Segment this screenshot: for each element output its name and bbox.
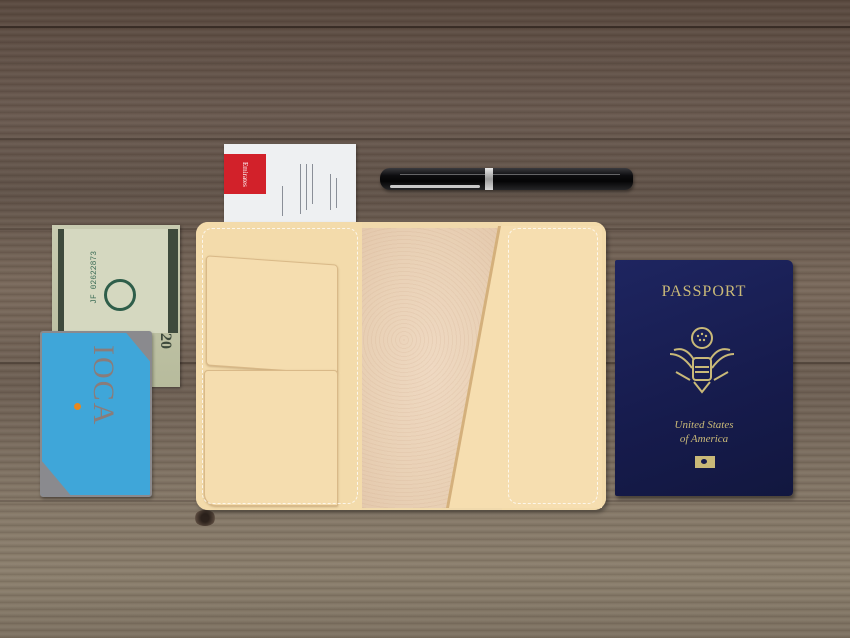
eagle-seal-icon [664,324,740,400]
wood-knot [194,510,216,526]
keycard-logo-text: IOCA [86,345,120,426]
card-pocket-bottom [204,370,338,506]
card-stripe [40,453,87,497]
bill-denomination: 20 [156,333,174,349]
pen-band [485,168,493,190]
bill-serial: JF 02622873 [90,251,99,304]
bill-face: JF 02622873 [58,229,178,333]
airline-logo-icon: Emirates [224,154,266,194]
hotel-key-card: IOCA [40,331,152,497]
pen-clip [390,185,480,188]
ticket-text-lines [280,164,350,222]
biometric-chip-icon [695,456,715,468]
plank-seam [0,26,850,28]
plank-seam [0,138,850,140]
country-line-1: United States [615,418,793,432]
country-line-2: of America [615,432,793,446]
leather-passport-wallet [196,222,606,510]
dot-icon [74,403,81,410]
us-passport: PASSPORT United States of America [615,260,793,496]
pen-highlight [400,174,620,175]
fountain-pen [380,168,633,190]
wood-table-background: Emirates JF 02622873 20 IOCA [0,0,850,638]
airline-name: Emirates [241,162,249,187]
passport-country: United States of America [615,418,793,446]
card-pocket-top [206,255,338,374]
treasury-seal-icon [104,279,136,311]
boarding-card: Emirates [224,144,356,226]
passport-title: PASSPORT [615,283,793,301]
